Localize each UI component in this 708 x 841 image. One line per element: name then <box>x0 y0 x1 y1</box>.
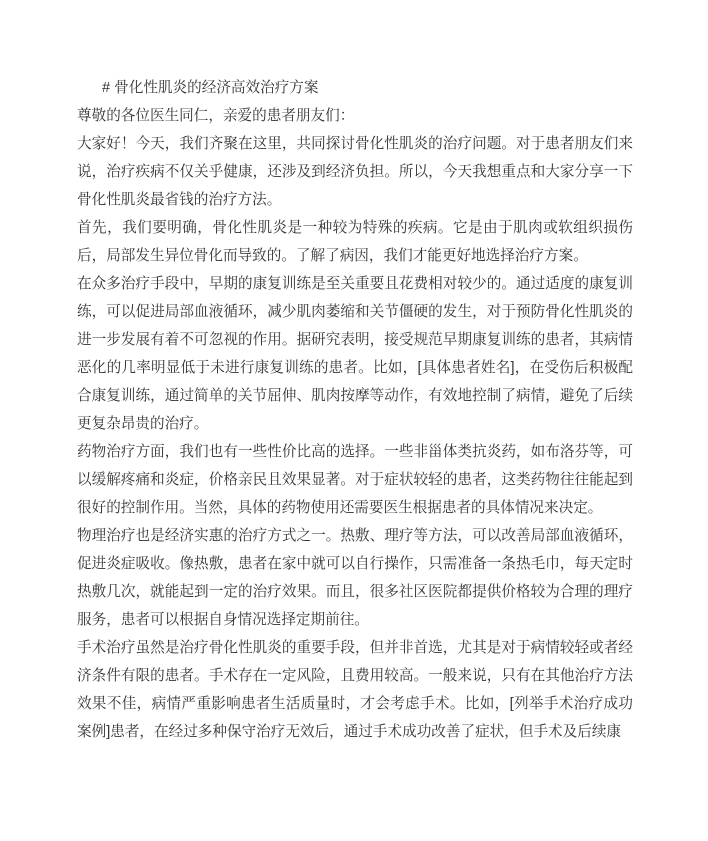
paragraph-rehab-training: 在众多治疗手段中，早期的康复训练是至关重要且花费相对较少的。通过适度的康复训练，… <box>77 270 633 438</box>
document-text-block: # 骨化性肌炎的经济高效治疗方案 尊敬的各位医生同仁，亲爱的患者朋友们： 大家好… <box>77 74 633 746</box>
paragraph-greeting-intro: 大家好！今天，我们齐聚在这里，共同探讨骨化性肌炎的治疗问题。对于患者朋友们来说，… <box>77 130 633 214</box>
paragraph-disease-definition: 首先，我们要明确，骨化性肌炎是一种较为特殊的疾病。它是由于肌肉或软组织损伤后，局… <box>77 214 633 270</box>
document-title: # 骨化性肌炎的经济高效治疗方案 <box>77 74 633 102</box>
paragraph-salutation: 尊敬的各位医生同仁，亲爱的患者朋友们： <box>77 102 633 130</box>
paragraph-surgery: 手术治疗虽然是治疗骨化性肌炎的重要手段，但并非首选，尤其是对于病情较轻或者经济条… <box>77 634 633 746</box>
document-page: # 骨化性肌炎的经济高效治疗方案 尊敬的各位医生同仁，亲爱的患者朋友们： 大家好… <box>0 0 708 841</box>
paragraph-physical-therapy: 物理治疗也是经济实惠的治疗方式之一。热敷、理疗等方法，可以改善局部血液循环，促进… <box>77 522 633 634</box>
paragraph-medication: 药物治疗方面，我们也有一些性价比高的选择。一些非甾体类抗炎药，如布洛芬等，可以缓… <box>77 438 633 522</box>
